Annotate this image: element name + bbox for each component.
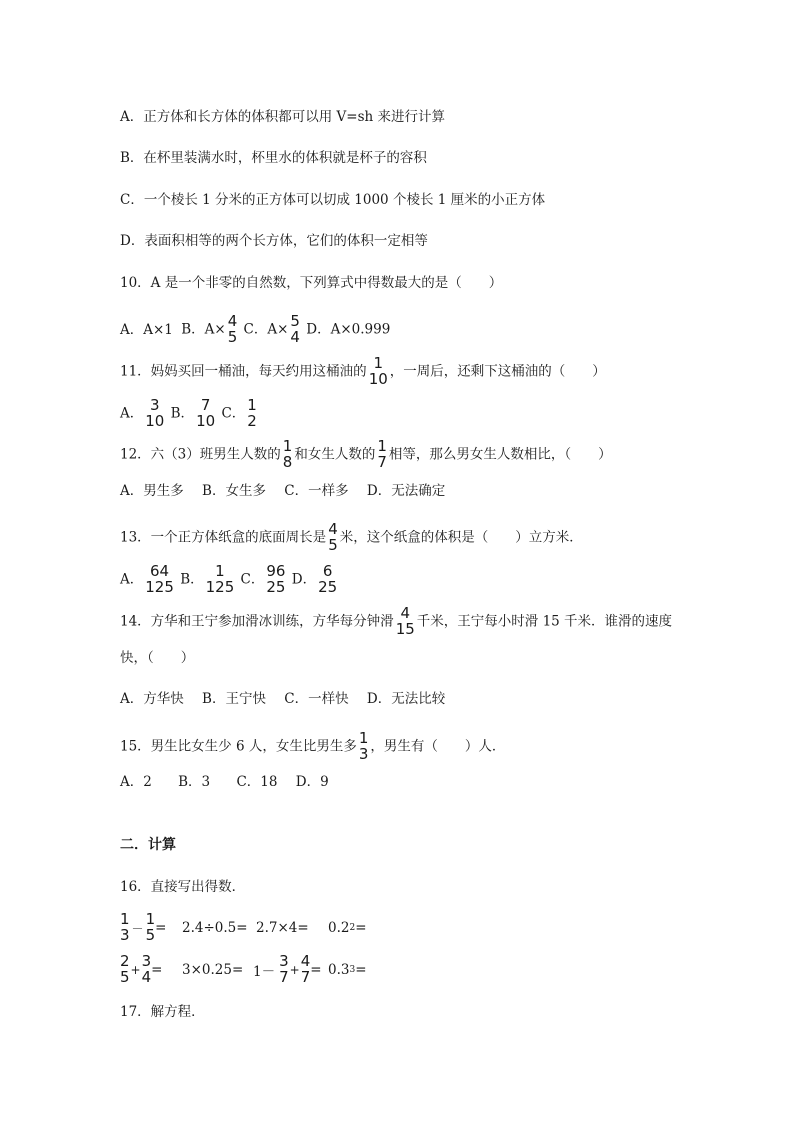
q9-option-d: D．表面积相等的两个长方体，它们的体积一定相等 xyxy=(120,231,428,251)
q12-option-a: A．男生多 xyxy=(120,483,184,499)
fraction: 625 xyxy=(318,563,337,595)
q9-option-a: A．正方体和长方体的体积都可以用 V=sh 来进行计算 xyxy=(120,107,445,127)
q15-option-b: B．3 xyxy=(178,774,210,790)
fraction: 18 xyxy=(283,438,293,470)
q16-expr-4: 0.22= xyxy=(328,908,367,948)
fraction: 110 xyxy=(369,355,388,387)
fraction: 45 xyxy=(328,521,338,553)
q16-row-2: 25 + 34 = 3×0.25= 1－ 37 + 47 = 0.33= xyxy=(120,950,420,990)
q17-stem: 17．解方程． xyxy=(120,1002,205,1022)
q9-option-c: C．一个棱长 1 分米的正方体可以切成 1000 个棱长 1 厘米的小正方体 xyxy=(120,190,545,210)
section-title-calculation: 二．计算 xyxy=(120,835,176,855)
q14-stem-line2: 快，（ ） xyxy=(120,648,194,668)
q16-stem: 16．直接写出得数． xyxy=(120,877,245,897)
q15-option-a: A．2 xyxy=(120,774,152,790)
q11-options: A．310 B．710 C．12 xyxy=(120,398,259,418)
q14-option-d: D．无法比较 xyxy=(367,691,445,707)
q15-stem: 15．男生比女生少 6 人，女生比男生多13，男生有（ ）人． xyxy=(120,731,505,751)
q12-option-d: D．无法确定 xyxy=(367,483,445,499)
q15-option-c: C．18 xyxy=(236,774,277,790)
q12-stem: 12．六（3）班男生人数的18和女生人数的17相等，那么男女生人数相比，（ ） xyxy=(120,439,612,459)
fraction: 415 xyxy=(396,605,415,637)
fraction: 1125 xyxy=(206,563,235,595)
q10-options: A．A×1 B．A×45 C．A×54 D．A×0.999 xyxy=(120,314,390,334)
q16-expr-8: 0.33= xyxy=(328,950,367,990)
fraction: 64125 xyxy=(145,563,174,595)
q16-expr-1: 13 － 15 = xyxy=(120,908,166,948)
q10-option-d: D．A×0.999 xyxy=(306,322,390,338)
q11-stem: 11．妈妈买回一桶油，每天约用这桶油的110，一周后，还剩下这桶油的（ ） xyxy=(120,356,606,376)
q16-expr-3: 2.7×4= xyxy=(256,908,309,948)
fraction: 710 xyxy=(196,397,215,429)
q16-expr-2: 2.4÷0.5= xyxy=(182,908,248,948)
q13-stem: 13．一个正方体纸盒的底面周长是45米，这个纸盒的体积是（ ）立方米． xyxy=(120,522,583,542)
fraction: 12 xyxy=(247,397,257,429)
q12-option-c: C．一样多 xyxy=(284,483,348,499)
fraction: 13 xyxy=(359,730,369,762)
q14-option-b: B．王宁快 xyxy=(202,691,266,707)
q12-options: A．男生多 B．女生多 C．一样多 D．无法确定 xyxy=(120,481,445,501)
q15-option-d: D．9 xyxy=(296,774,329,790)
q14-options: A．方华快 B．王宁快 C．一样快 D．无法比较 xyxy=(120,689,445,709)
q16-expr-6: 3×0.25= xyxy=(182,950,243,990)
fraction: 9625 xyxy=(266,563,285,595)
q16-row-1: 13 － 15 = 2.4÷0.5= 2.7×4= 0.22= xyxy=(120,908,420,948)
q10-stem: 10．A 是一个非零的自然数，下列算式中得数最大的是（ ） xyxy=(120,273,502,293)
q16-expr-7: 1－ 37 + 47 = xyxy=(253,950,322,990)
q13-options: A．64125 B．1125 C．9625 D．625 xyxy=(120,564,339,584)
q10-option-c-prefix: C．A× xyxy=(244,322,289,338)
q14-option-a: A．方华快 xyxy=(120,691,184,707)
fraction: 17 xyxy=(377,438,387,470)
fraction: 54 xyxy=(290,313,300,345)
q14-stem: 14．方华和王宁参加滑冰训练，方华每分钟滑415千米，王宁每小时滑 15 千米．… xyxy=(120,606,672,626)
fraction: 45 xyxy=(228,313,238,345)
q10-option-b-prefix: B．A× xyxy=(181,322,225,338)
q9-option-b: B．在杯里装满水时，杯里水的体积就是杯子的容积 xyxy=(120,148,427,168)
q14-option-c: C．一样快 xyxy=(284,691,348,707)
q10-option-a: A．A×1 xyxy=(120,322,173,338)
fraction: 310 xyxy=(145,397,164,429)
q15-options: A．2 B．3 C．18 D．9 xyxy=(120,772,329,792)
q12-option-b: B．女生多 xyxy=(202,483,266,499)
q16-expr-5: 25 + 34 = xyxy=(120,950,162,990)
